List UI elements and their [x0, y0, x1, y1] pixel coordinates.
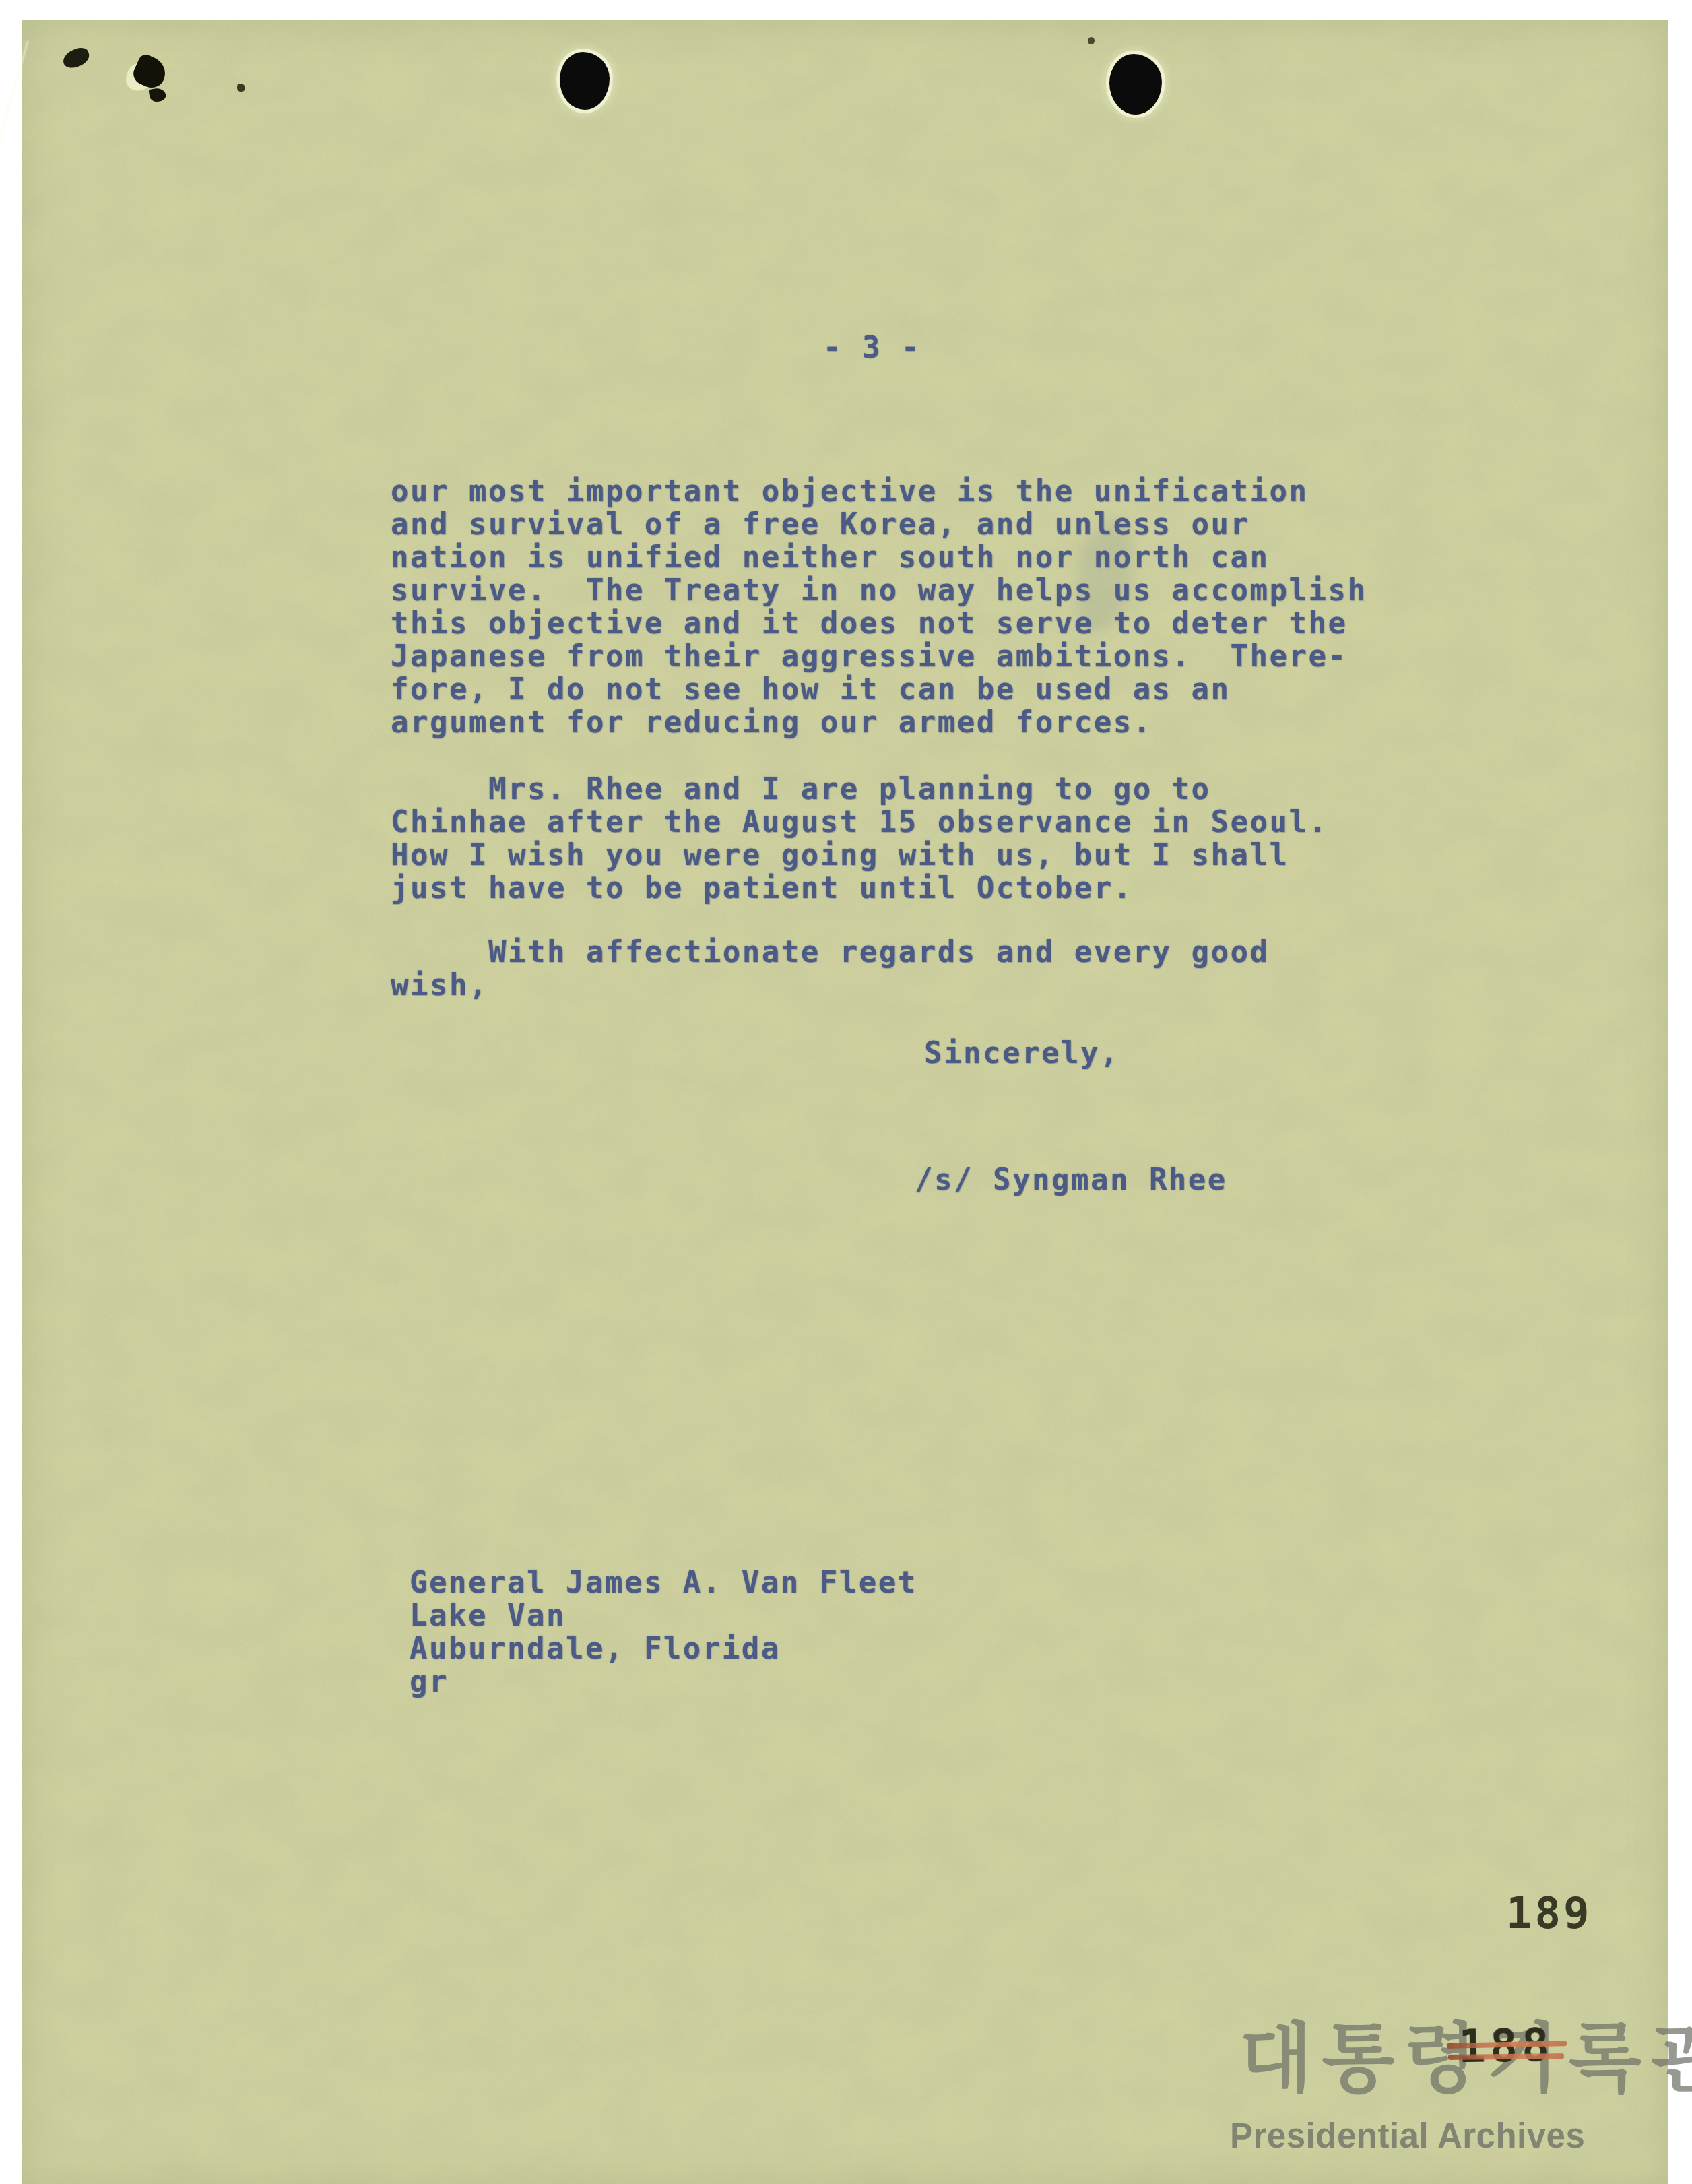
scanned-letter-page: - 3 - our most important objective is th… — [0, 0, 1692, 2184]
body-paragraph-2: Mrs. Rhee and I are planning to go to Ch… — [391, 773, 1328, 905]
closing-salutation: Sincerely, — [924, 1037, 1119, 1070]
signature-line: /s/ Syngman Rhee — [915, 1163, 1227, 1196]
watermark-english: Presidential Archives — [1230, 2115, 1585, 2156]
page-number-stamp: 189 — [1506, 1892, 1592, 1935]
paper-speck-2 — [1088, 37, 1095, 44]
paper-speck-1 — [237, 84, 245, 92]
recipient-address-block: General James A. Van Fleet Lake Van Aubu… — [410, 1566, 917, 1698]
page-number: - 3 - — [823, 331, 921, 364]
body-paragraph-3: With affectionate regards and every good… — [391, 936, 1270, 1002]
body-paragraph-1: our most important objective is the unif… — [391, 475, 1367, 739]
